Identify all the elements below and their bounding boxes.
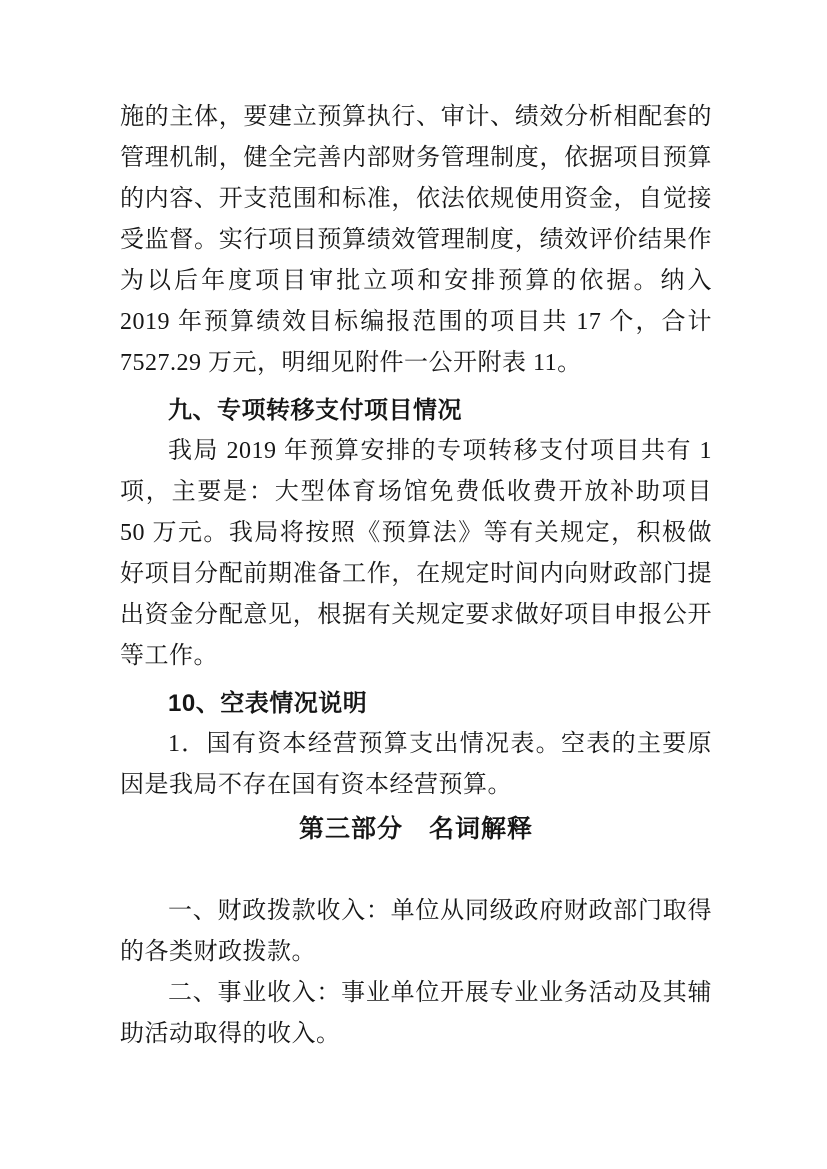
term-definition-1: 一、财政拨款收入：单位从同级政府财政部门取得的各类财政拨款。	[120, 891, 712, 973]
section-nine-heading: 九、专项转移支付项目情况	[120, 390, 712, 431]
part-three-heading: 第三部分 名词解释	[120, 809, 712, 850]
section-ten-heading: 10、空表情况说明	[120, 683, 712, 724]
term-definition-2: 二、事业收入：事业单位开展专业业务活动及其辅助活动取得的收入。	[120, 973, 712, 1055]
section-nine-paragraph: 我局 2019 年预算安排的专项转移支付项目共有 1 项，主要是：大型体育场馆免…	[120, 431, 712, 677]
document-page: 施的主体，要建立预算执行、审计、绩效分析相配套的管理机制，健全完善内部财务管理制…	[0, 0, 827, 1169]
blank-line-spacer	[120, 850, 712, 891]
section-ten-paragraph: 1．国有资本经营预算支出情况表。空表的主要原因是我局不存在国有资本经营预算。	[120, 724, 712, 806]
continuation-paragraph: 施的主体，要建立预算执行、审计、绩效分析相配套的管理机制，健全完善内部财务管理制…	[120, 97, 712, 384]
